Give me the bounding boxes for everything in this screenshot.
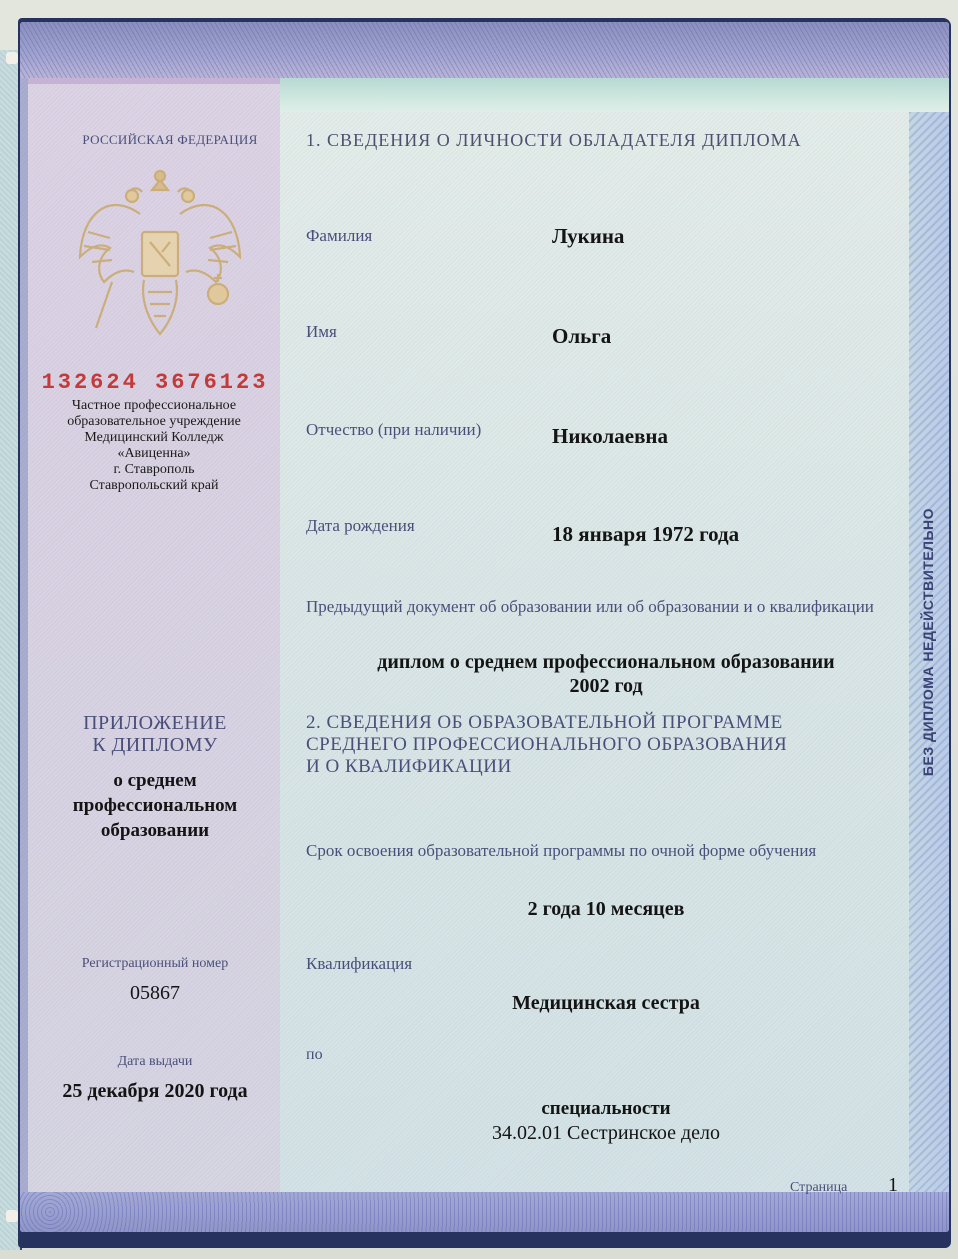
surname-label: Фамилия [306,226,372,246]
specialty-value: 34.02.01 Сестринское дело [306,1122,906,1145]
specialty-label: специальности [306,1098,906,1120]
appendix-title-line: К ДИПЛОМУ [50,734,260,756]
birth-date-label: Дата рождения [306,516,415,536]
country-title: РОССИЙСКАЯ ФЕДЕРАЦИЯ [50,132,290,148]
section-2-title-line: СРЕДНЕГО ПРОФЕССИОНАЛЬНОГО ОБРАЗОВАНИЯ [306,734,896,756]
qualification-value: Медицинская сестра [306,992,906,1015]
institution-line: г. Ставрополь [34,462,274,478]
first-name-label: Имя [306,322,337,342]
birth-date-value: 18 января 1972 года [552,522,739,547]
institution-line: Ставропольский край [34,478,274,494]
coat-of-arms-icon [70,162,250,352]
patronymic-value: Николаевна [552,424,668,449]
diploma-appendix-page: РОССИЙСКАЯ ФЕДЕРАЦИЯ 132624 3676123 Част… [20,22,949,1232]
issue-date-value: 25 декабря 2020 года [30,1080,280,1103]
section-2-title-line: И О КВАЛИФИКАЦИИ [306,756,896,778]
previous-document-value: диплом о среднем профессиональном образо… [306,650,906,698]
appendix-title-line: ПРИЛОЖЕНИЕ [50,712,260,734]
binding-ring [6,1210,18,1222]
registration-number-value: 05867 [50,982,260,1005]
study-duration-value: 2 года 10 месяцев [306,898,906,921]
surname-value: Лукина [552,224,624,249]
issue-date-label: Дата выдачи [50,1054,260,1070]
security-band-top [280,78,949,112]
appendix-subtitle-line: профессиональном [50,793,260,818]
binding-ring [6,52,18,64]
first-name-value: Ольга [552,324,611,349]
page-number: 1 [888,1174,898,1197]
validity-side-note: БЕЗ ДИПЛОМА НЕДЕЙСТВИТЕЛЬНО [908,472,948,812]
previous-document-line: диплом о среднем профессиональном образо… [306,650,906,674]
appendix-subtitle-line: образовании [50,818,260,843]
validity-side-note-text: БЕЗ ДИПЛОМА НЕДЕЙСТВИТЕЛЬНО [920,508,936,776]
appendix-title: ПРИЛОЖЕНИЕ К ДИПЛОМУ [50,712,260,756]
section-2-title: 2. СВЕДЕНИЯ ОБ ОБРАЗОВАТЕЛЬНОЙ ПРОГРАММЕ… [306,712,896,778]
guilloche-border-bottom [20,1192,949,1232]
institution-line: Медицинский Колледж [34,430,274,446]
patronymic-label: Отчество (при наличии) [306,420,481,440]
previous-document-line: 2002 год [306,674,906,698]
appendix-subtitle: о среднем профессиональном образовании [50,768,260,843]
institution-name: Частное профессиональное образовательное… [34,398,274,494]
section-1-title: 1. СВЕДЕНИЯ О ЛИЧНОСТИ ОБЛАДАТЕЛЯ ДИПЛОМ… [306,130,802,151]
by-label: по [306,1046,323,1064]
section-2-title-line: 2. СВЕДЕНИЯ ОБ ОБРАЗОВАТЕЛЬНОЙ ПРОГРАММЕ [306,712,896,734]
registration-number-label: Регистрационный номер [50,956,260,972]
previous-document-label: Предыдущий документ об образовании или о… [306,596,896,618]
page-label: Страница [790,1180,847,1196]
institution-line: образовательное учреждение [34,414,274,430]
qualification-label: Квалификация [306,954,412,974]
serial-number: 132624 3676123 [20,370,290,395]
study-duration-label: Срок освоения образовательной программы … [306,840,896,862]
appendix-subtitle-line: о среднем [50,768,260,793]
institution-line: «Авиценна» [34,446,274,462]
institution-line: Частное профессиональное [34,398,274,414]
guilloche-border-top [20,22,949,78]
